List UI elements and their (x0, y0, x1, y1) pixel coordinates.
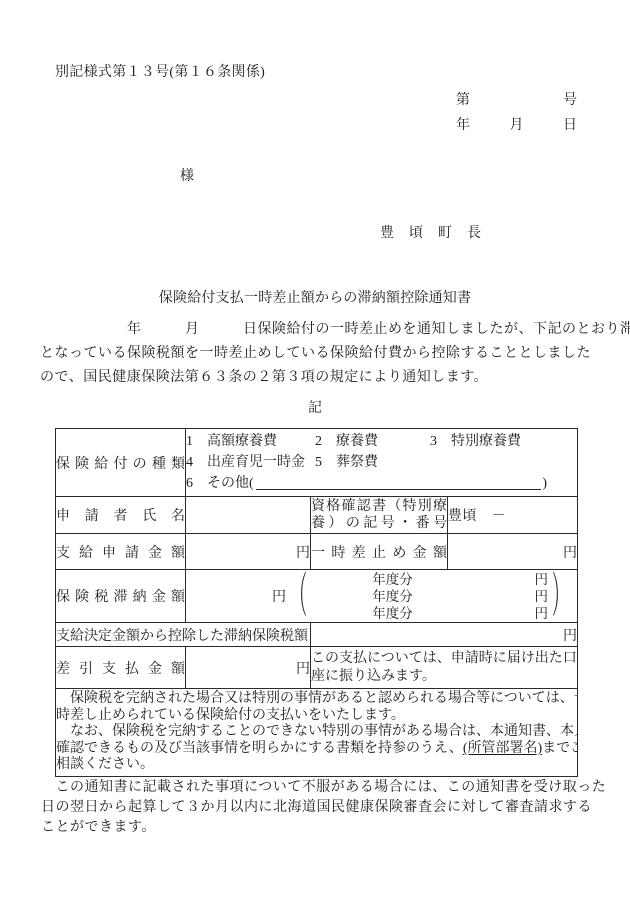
arrears-amount-content: 円 （ 年度分 円 年度分 円 (186, 571, 577, 622)
form-reference: 別記様式第１３号(第１６条関係) (55, 61, 265, 81)
notes-line4-pre: 確認できるもの及び当該事情を明らかにする書類を持参のうえ、 (56, 741, 463, 756)
benefit-option-5: 5 葬祭費 (315, 452, 378, 473)
date-month-label: 月 (510, 114, 524, 134)
certificate-number-label: 資格確認書（特別療 養）の記号・番号 (311, 497, 448, 534)
bank-note-line2: 座に振り込みます。 (311, 668, 577, 686)
notes-line: 時差し止められている保険給付の支払いをいたします。 (56, 708, 577, 725)
appeal-rights-paragraph: この通知書に記載された事項について不服がある場合には、この通知書を受け取った 日… (41, 778, 606, 838)
certificate-label-line1: 資格確認書（特別療 (311, 498, 447, 515)
applicant-name-value (186, 497, 311, 534)
notes-line: なお、保険税を完納することのできない特別の事情がある場合は、本通知書、本人 (56, 724, 577, 741)
document-number-line: 第 号 (456, 89, 577, 109)
benefit-type-label: 保険給付の種類 (56, 429, 186, 497)
arrears-year-line: 年度分 円 (307, 571, 552, 588)
benefit-options-line3: 6 その他( ) (186, 473, 577, 494)
notes-cell: 保険税を完納された場合又は特別の事情があると認められる場合等については、一 時差… (56, 689, 578, 777)
notes-line: 保険税を完納された場合又は特別の事情があると認められる場合等については、一 (56, 691, 577, 708)
suspended-amount-label: 一時差止め金額 (311, 534, 448, 570)
date-year-label: 年 (456, 114, 470, 134)
deducted-tax-row: 支給決定金額から控除した滞納保険税額 円 (56, 623, 578, 647)
date-line: 年 月 日 (456, 114, 577, 134)
arrears-amount-label: 保険税滞納金額 (56, 570, 186, 623)
arrears-amount-cell: 円 （ 年度分 円 年度分 円 (186, 570, 578, 623)
request-amount-label: 支給申請金額 (56, 534, 186, 570)
notes-row: 保険税を完納された場合又は特別の事情があると認められる場合等については、一 時差… (56, 689, 578, 777)
arrears-year-unit: 円 (478, 605, 552, 622)
arrears-year-unit: 円 (478, 588, 552, 605)
doc-number-suffix: 号 (563, 89, 577, 109)
body-line: となっている保険税額を一時差止めしている保険給付費から控除することとしました (40, 342, 630, 366)
body-line: 年 月 日保険給付の一時差止めを通知しましたが、下記のとおり滞納 (40, 318, 630, 342)
benefit-type-options: 1 高額療養費 2 療養費 3 特別療養費 4 出産育児一時金 5 葬祭費 6 … (186, 429, 578, 497)
applicant-name-label: 申請者氏名 (56, 497, 186, 534)
benefit-option-4: 4 出産育児一時金 (186, 452, 315, 473)
department-name-placeholder: (所管部署名) (463, 741, 542, 756)
benefit-option-1: 1 高額療養費 (186, 431, 315, 452)
arrears-year-unit: 円 (478, 571, 552, 588)
footer-line: ことができます。 (41, 818, 606, 838)
applicant-row: 申請者氏名 資格確認書（特別療 養）の記号・番号 豊頃 － (56, 497, 578, 534)
balance-row: 差引支払金額 円 この支払については、申請時に届け出た口 座に振り込みます。 (56, 647, 578, 689)
notification-form-page: 別記様式第１３号(第１６条関係) 第 号 年 月 日 様 豊 頃 町 長 保険給… (0, 0, 630, 903)
suspended-amount-value: 円 (448, 534, 578, 570)
open-paren-glyph: （ (290, 572, 307, 620)
bank-note-line1: この支払については、申請時に届け出た口 (311, 650, 577, 668)
benefit-options-line2: 4 出産育児一時金 5 葬祭費 (186, 452, 577, 473)
arrears-breakdown-bracket: （ 年度分 円 年度分 円 年度分 (290, 571, 577, 622)
arrears-breakdown-lines: 年度分 円 年度分 円 年度分 円 (307, 571, 552, 622)
notes-line: 相談ください。 (56, 757, 577, 774)
certificate-number-value: 豊頃 － (448, 497, 578, 534)
deducted-tax-value: 円 (311, 623, 578, 647)
benefit-type-row: 保険給付の種類 1 高額療養費 2 療養費 3 特別療養費 4 出産育児一時金 … (56, 429, 578, 497)
body-line: ので、国民健康保険法第６３条の２第３項の規定により通知します。 (40, 366, 630, 390)
body-paragraph: 年 月 日保険給付の一時差止めを通知しましたが、下記のとおり滞納 となっている保… (40, 318, 630, 390)
deducted-tax-label: 支給決定金額から控除した滞納保険税額 (56, 623, 311, 647)
benefit-options-line1: 1 高額療養費 2 療養費 3 特別療養費 (186, 431, 577, 452)
balance-amount-value: 円 (186, 647, 311, 689)
date-day-label: 日 (563, 114, 577, 134)
footer-line: この通知書に記載された事項について不服がある場合には、この通知書を受け取った (41, 778, 606, 798)
ki-heading: 記 (0, 397, 630, 417)
notes-line4-post: までご (542, 741, 577, 756)
arrears-year-label: 年度分 (307, 605, 478, 622)
benefit-option-6: 6 その他( (186, 473, 254, 494)
benefit-option-2: 2 療養費 (315, 431, 430, 452)
request-amount-value: 円 (186, 534, 311, 570)
sender-title: 豊 頃 町 長 (380, 222, 482, 242)
arrears-year-line: 年度分 円 (307, 605, 552, 622)
arrears-row: 保険税滞納金額 円 （ 年度分 円 年度分 円 (56, 570, 578, 623)
benefit-option-3: 3 特別療養費 (430, 431, 521, 452)
arrears-total-unit: 円 (186, 586, 286, 606)
close-paren-glyph: ） (552, 572, 569, 620)
benefit-option-6-close-paren: ) (542, 473, 547, 494)
bank-transfer-note: この支払については、申請時に届け出た口 座に振り込みます。 (311, 647, 578, 689)
footer-line: 日の翌日から起算して３か月以内に北海道国民健康保険審査会に対して審査請求する (41, 798, 606, 818)
notes-line: 確認できるもの及び当該事情を明らかにする書類を持参のうえ、(所管部署名)までご (56, 741, 577, 758)
certificate-label-line2: 養）の記号・番号 (311, 515, 447, 532)
doc-number-prefix: 第 (456, 89, 470, 109)
addressee-honorific: 様 (180, 165, 194, 185)
other-blank-line (256, 475, 542, 490)
request-amount-row: 支給申請金額 円 一時差止め金額 円 (56, 534, 578, 570)
document-title: 保険給付支払一時差止額からの滞納額控除通知書 (0, 287, 630, 307)
arrears-year-line: 年度分 円 (307, 588, 552, 605)
balance-amount-label: 差引支払金額 (56, 647, 186, 689)
arrears-year-label: 年度分 (307, 588, 478, 605)
notification-table: 保険給付の種類 1 高額療養費 2 療養費 3 特別療養費 4 出産育児一時金 … (55, 428, 578, 777)
arrears-year-label: 年度分 (307, 571, 478, 588)
